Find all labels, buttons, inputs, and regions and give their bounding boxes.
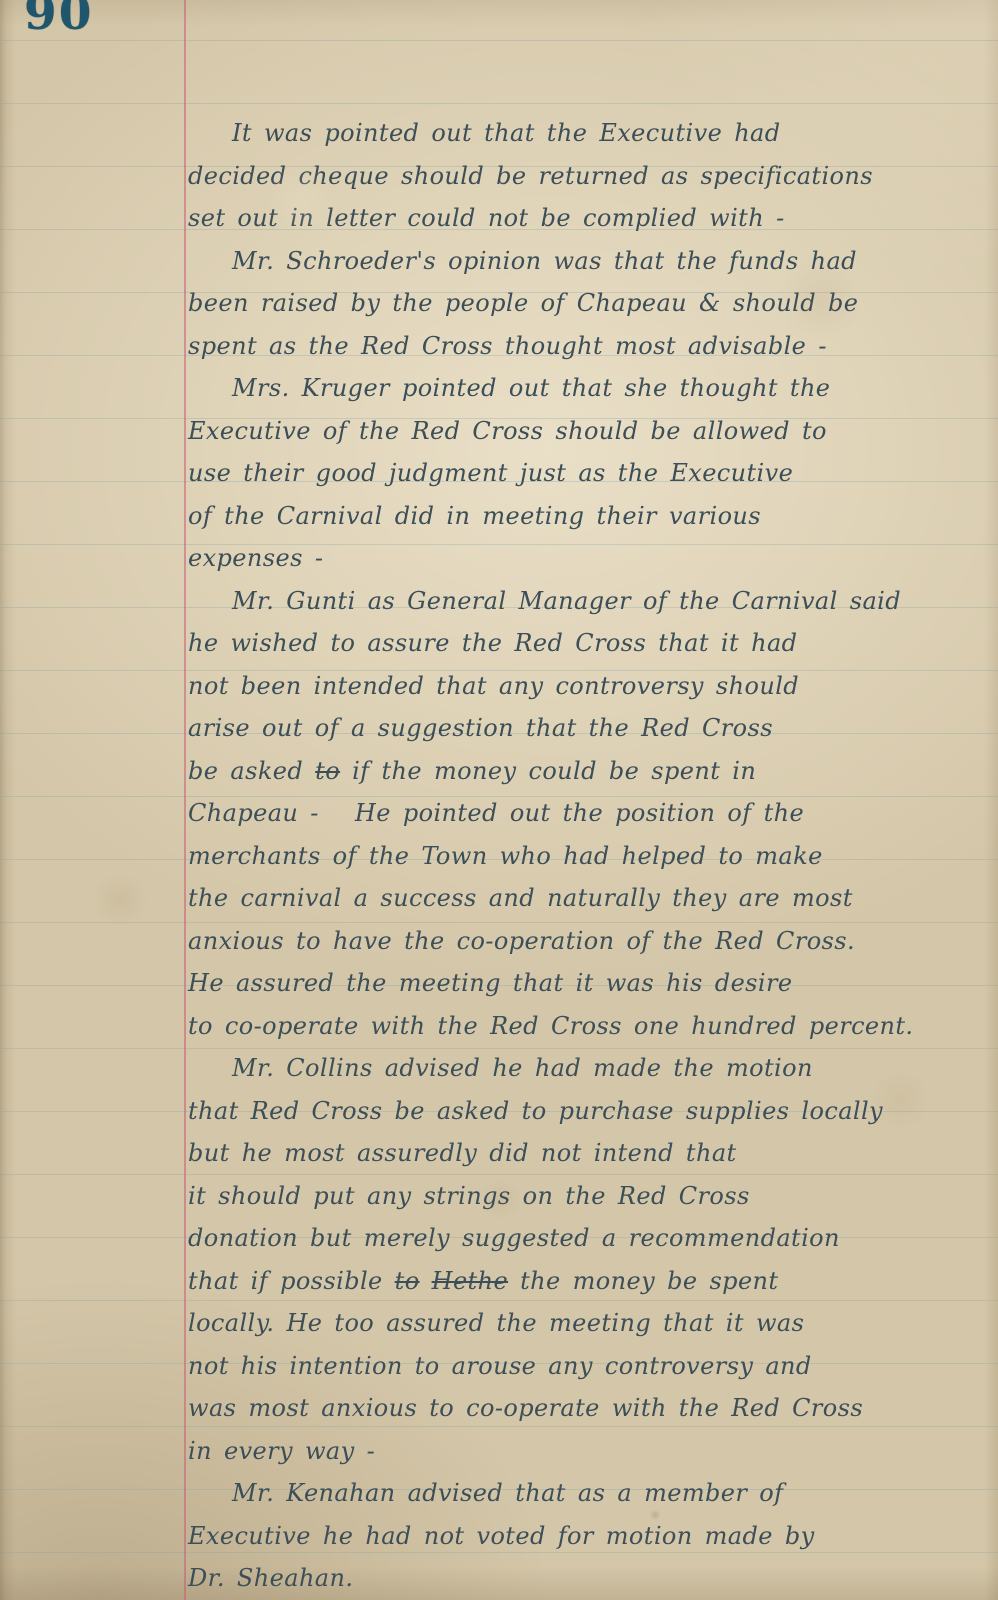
handwriting-line: it should put any strings on the Red Cro…	[188, 1175, 978, 1218]
handwriting-line: expenses -	[188, 537, 978, 580]
page-number: 90	[24, 0, 93, 41]
handwriting-line: that if possible to Hethe the money be s…	[188, 1260, 978, 1303]
handwriting-text: in every way -	[188, 1437, 375, 1465]
handwriting-text: Executive of the Red Cross should be all…	[188, 417, 827, 445]
handwriting-text: Executive he had not voted for motion ma…	[188, 1522, 815, 1550]
handwriting-text	[420, 1267, 432, 1295]
handwriting-text: merchants of the Town who had helped to …	[188, 842, 823, 870]
handwriting-line: not been intended that any controversy s…	[188, 665, 978, 708]
handwriting-text: to co-operate with the Red Cross one hun…	[188, 1012, 913, 1040]
handwriting-line: spent as the Red Cross thought most advi…	[188, 325, 978, 368]
handwriting-line: he wished to assure the Red Cross that i…	[188, 622, 978, 665]
handwriting-line: the carnival a success and naturally the…	[188, 877, 978, 920]
handwriting-text: not been intended that any controversy s…	[188, 672, 799, 700]
handwriting-text: He assured the meeting that it was his d…	[188, 969, 792, 997]
handwriting-text: it should put any strings on the Red Cro…	[188, 1182, 750, 1210]
handwriting-text: spent as the Red Cross thought most advi…	[188, 332, 827, 360]
handwriting-line: He assured the meeting that it was his d…	[188, 962, 978, 1005]
handwriting-text: he wished to assure the Red Cross that i…	[188, 629, 797, 657]
handwriting-text: decided cheque should be returned as spe…	[188, 162, 873, 190]
handwriting-line: was most anxious to co-operate with the …	[188, 1387, 978, 1430]
handwriting-text: the carnival a success and naturally the…	[188, 884, 853, 912]
handwriting-text: Mr. Collins advised he had made the moti…	[232, 1054, 813, 1082]
handwriting-line: use their good judgment just as the Exec…	[188, 452, 978, 495]
handwriting-text: expenses -	[188, 544, 323, 572]
handwriting-line: It was pointed out that the Executive ha…	[188, 112, 978, 155]
handwriting-line: Executive of the Red Cross should be all…	[188, 410, 978, 453]
handwriting-line: merchants of the Town who had helped to …	[188, 835, 978, 878]
handwriting-line: donation but merely suggested a recommen…	[188, 1217, 978, 1260]
handwriting-text: use their good judgment just as the Exec…	[188, 459, 793, 487]
handwriting-line: but he most assuredly did not intend tha…	[188, 1132, 978, 1175]
handwriting-text: that if possible	[188, 1267, 395, 1295]
handwriting-line: Chapeau - He pointed out the position of…	[188, 792, 978, 835]
handwriting-text: Mrs. Kruger pointed out that she thought…	[232, 374, 830, 402]
handwriting-text: Mr. Schroeder's opinion was that the fun…	[232, 247, 857, 275]
struck-word: Hethe	[432, 1267, 508, 1295]
struck-word: to	[395, 1267, 420, 1295]
handwriting-line: to co-operate with the Red Cross one hun…	[188, 1005, 978, 1048]
margin-line	[184, 0, 186, 1600]
handwriting-line: Dr. Sheahan.	[188, 1557, 978, 1600]
handwriting-line: that Red Cross be asked to purchase supp…	[188, 1090, 978, 1133]
handwriting-line: in every way -	[188, 1430, 978, 1473]
handwriting-line: arise out of a suggestion that the Red C…	[188, 707, 978, 750]
handwriting-line: Mr. Gunti as General Manager of the Carn…	[188, 580, 978, 623]
handwriting-text: It was pointed out that the Executive ha…	[232, 119, 781, 147]
handwriting-text: be asked	[188, 757, 315, 785]
handwriting-line: Mr. Kenahan advised that as a member of	[188, 1472, 978, 1515]
handwriting-line: not his intention to arouse any controve…	[188, 1345, 978, 1388]
handwriting-text: been raised by the people of Chapeau & s…	[188, 289, 858, 317]
struck-word: to	[315, 757, 340, 785]
handwriting-text: Chapeau - He pointed out the position of…	[188, 799, 804, 827]
handwriting-line: locally. He too assured the meeting that…	[188, 1302, 978, 1345]
handwriting-text: of the Carnival did in meeting their var…	[188, 502, 761, 530]
handwriting-line: of the Carnival did in meeting their var…	[188, 495, 978, 538]
handwriting-line: been raised by the people of Chapeau & s…	[188, 282, 978, 325]
handwriting-line: Mrs. Kruger pointed out that she thought…	[188, 367, 978, 410]
handwriting-text: Dr. Sheahan.	[188, 1564, 353, 1592]
handwriting-text: donation but merely suggested a recommen…	[188, 1224, 840, 1252]
handwriting-line: Mr. Collins advised he had made the moti…	[188, 1047, 978, 1090]
handwriting-text: if the money could be spent in	[340, 757, 756, 785]
handwriting-line: set out in letter could not be complied …	[188, 197, 978, 240]
handwriting-text: Mr. Kenahan advised that as a member of	[232, 1479, 783, 1507]
minutes-page: 90 It was pointed out that the Executive…	[0, 0, 998, 1600]
handwriting-line: Executive he had not voted for motion ma…	[188, 1515, 978, 1558]
handwriting-text: set out in letter could not be complied …	[188, 204, 785, 232]
handwritten-lines: It was pointed out that the Executive ha…	[188, 112, 978, 1600]
handwriting-text: Mr. Gunti as General Manager of the Carn…	[232, 587, 901, 615]
handwriting-text: not his intention to arouse any controve…	[188, 1352, 812, 1380]
handwriting-line: be asked to if the money could be spent …	[188, 750, 978, 793]
handwriting-text: but he most assuredly did not intend tha…	[188, 1139, 737, 1167]
handwriting-text: locally. He too assured the meeting that…	[188, 1309, 804, 1337]
handwriting-text: arise out of a suggestion that the Red C…	[188, 714, 773, 742]
handwriting-line: Mr. Schroeder's opinion was that the fun…	[188, 240, 978, 283]
handwriting-line: decided cheque should be returned as spe…	[188, 155, 978, 198]
handwriting-text: that Red Cross be asked to purchase supp…	[188, 1097, 883, 1125]
handwriting-text: was most anxious to co-operate with the …	[188, 1394, 863, 1422]
handwriting-text: the money be spent	[508, 1267, 778, 1295]
handwriting-text: anxious to have the co-operation of the …	[188, 927, 855, 955]
handwriting-line: anxious to have the co-operation of the …	[188, 920, 978, 963]
